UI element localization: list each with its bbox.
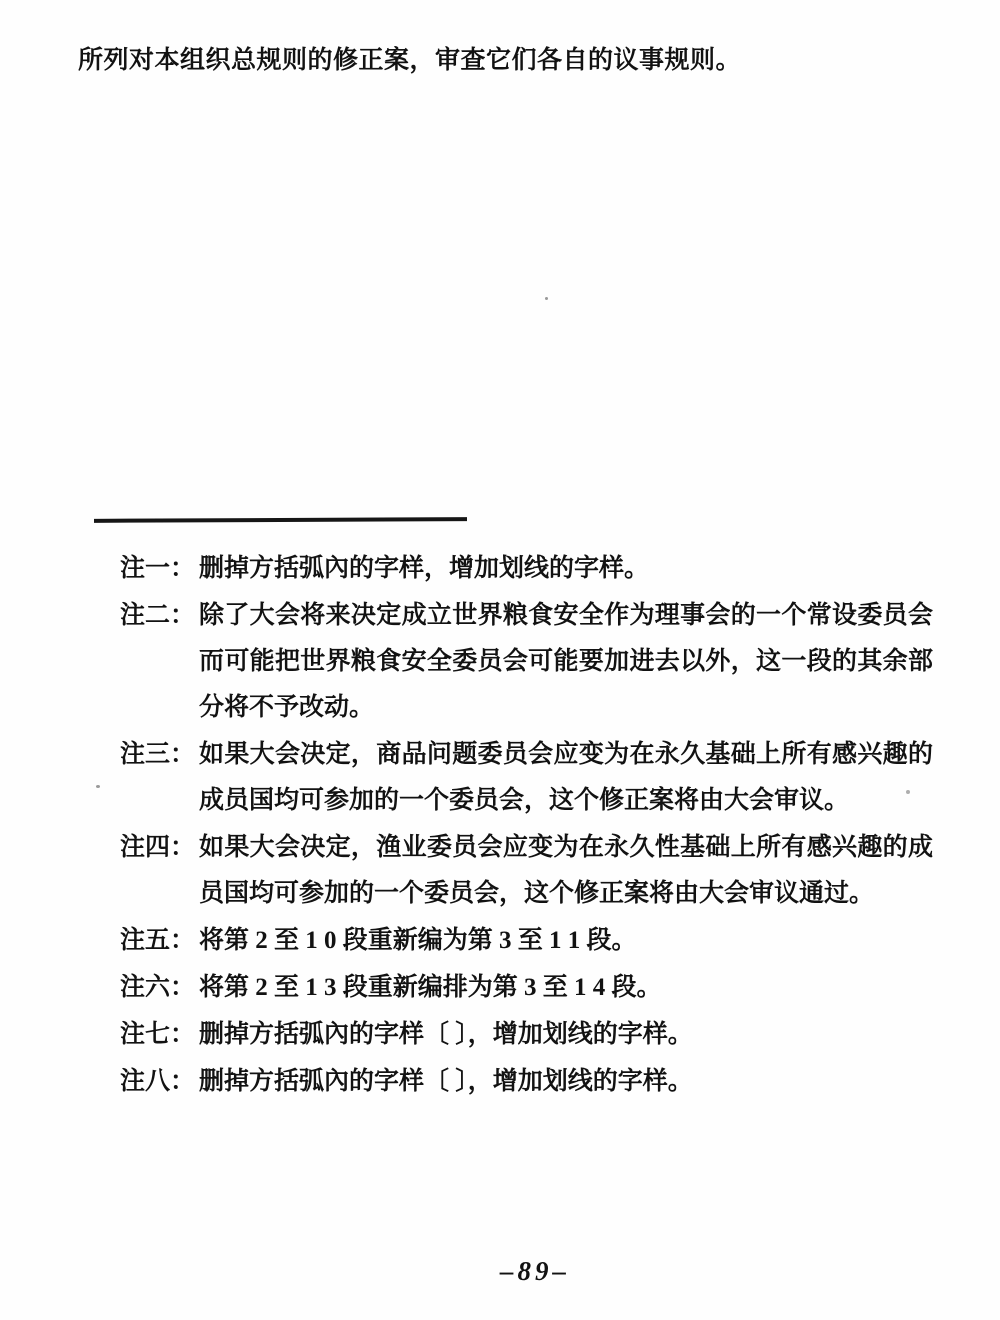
footnote-label: 注六： — [120, 965, 199, 1011]
footnote-item: 注三： 如果大会决定，商品问题委员会应变为在永久基础上所有感兴趣的成员国均可参加… — [120, 732, 950, 824]
footnote-item: 注七： 删掉方括弧內的字样〔 〕，增加划线的字样。 — [120, 1012, 950, 1058]
scan-speck — [96, 785, 100, 788]
footnote-item: 注二： 除了大会将来决定成立世界粮食安全作为理事会的一个常设委员会而可能把世界粮… — [120, 593, 950, 731]
page-number: –89– — [465, 1256, 605, 1287]
footnote-item: 注八： 删掉方括弧內的字样〔 〕，增加划线的字样。 — [120, 1059, 950, 1105]
footnote-text: 删掉方括弧內的字样〔 〕，增加划线的字样。 — [199, 1059, 933, 1105]
footnote-text: 删掉方括弧內的字样，增加划线的字样。 — [199, 546, 933, 592]
footnote-label: 注三： — [120, 732, 199, 778]
footnote-separator-rule — [94, 517, 467, 522]
footnote-text: 除了大会将来决定成立世界粮食安全作为理事会的一个常设委员会而可能把世界粮食安全委… — [199, 593, 933, 731]
body-paragraph: 所列对本组织总规则的修正案，审查它们各自的议事规则。 — [78, 44, 741, 78]
footnote-label: 注二： — [120, 593, 199, 639]
footnote-list: 注一： 删掉方括弧內的字样，增加划线的字样。 注二： 除了大会将来决定成立世界粮… — [120, 546, 950, 1106]
scan-speck — [906, 790, 910, 794]
footnote-label: 注四： — [120, 825, 199, 871]
footnote-text: 删掉方括弧內的字样〔 〕，增加划线的字样。 — [199, 1012, 933, 1058]
footnote-text: 如果大会决定，商品问题委员会应变为在永久基础上所有感兴趣的成员国均可参加的一个委… — [199, 732, 933, 824]
footnote-label: 注七： — [120, 1012, 199, 1058]
scan-speck — [545, 297, 548, 300]
footnote-item: 注五： 将第 2 至 1 0 段重新编为第 3 至 1 1 段。 — [120, 918, 950, 964]
footnote-label: 注五： — [120, 918, 199, 964]
footnote-item: 注四： 如果大会决定，渔业委员会应变为在永久性基础上所有感兴趣的成员国均可参加的… — [120, 825, 950, 917]
footnote-text: 如果大会决定，渔业委员会应变为在永久性基础上所有感兴趣的成员国均可参加的一个委员… — [199, 825, 933, 917]
footnote-item: 注六： 将第 2 至 1 3 段重新编排为第 3 至 1 4 段。 — [120, 965, 950, 1011]
footnote-text: 将第 2 至 1 0 段重新编为第 3 至 1 1 段。 — [199, 918, 933, 964]
footnote-label: 注一： — [120, 546, 199, 592]
footnote-item: 注一： 删掉方括弧內的字样，增加划线的字样。 — [120, 546, 950, 592]
footnote-label: 注八： — [120, 1059, 199, 1105]
scanned-document-page: 所列对本组织总规则的修正案，审查它们各自的议事规则。 注一： 删掉方括弧內的字样… — [0, 0, 1000, 1320]
footnote-text: 将第 2 至 1 3 段重新编排为第 3 至 1 4 段。 — [199, 965, 933, 1011]
